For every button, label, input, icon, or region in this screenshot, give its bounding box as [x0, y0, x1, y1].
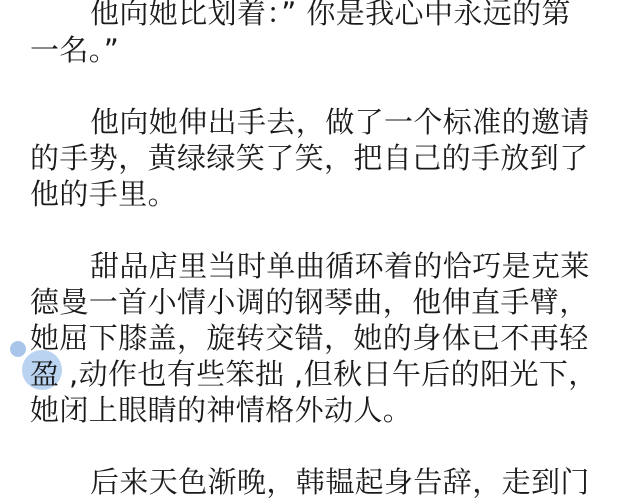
text-line: 盈 ,动作也有些笨拙 ,但秋日午后的阳光下，	[30, 355, 598, 393]
text-line: 的手势，黄绿绿笑了笑，把自己的手放到了	[30, 139, 589, 177]
text-line: 她闭上眼睛的神情格外动人。	[30, 391, 412, 429]
text-line: 他向她伸出手去，做了一个标准的邀请	[90, 103, 590, 141]
text-line: 他向她比划着：” 你是我心中永远的第	[90, 0, 571, 32]
text-line: 德曼一首小情小调的钢琴曲，他伸直手臂，	[30, 283, 589, 321]
text-line: 他的手里。	[30, 175, 177, 213]
text-line: 她屈下膝盖，旋转交错，她的身体已不再轻	[30, 319, 589, 357]
selection-handle-start[interactable]	[10, 341, 26, 357]
text-line: 甜品店里当时单曲循环着的恰巧是克莱	[90, 247, 590, 285]
text-line: 一名。”	[30, 31, 119, 69]
text-line: 后来天色渐晚，韩韫起身告辞，走到门	[90, 463, 590, 500]
